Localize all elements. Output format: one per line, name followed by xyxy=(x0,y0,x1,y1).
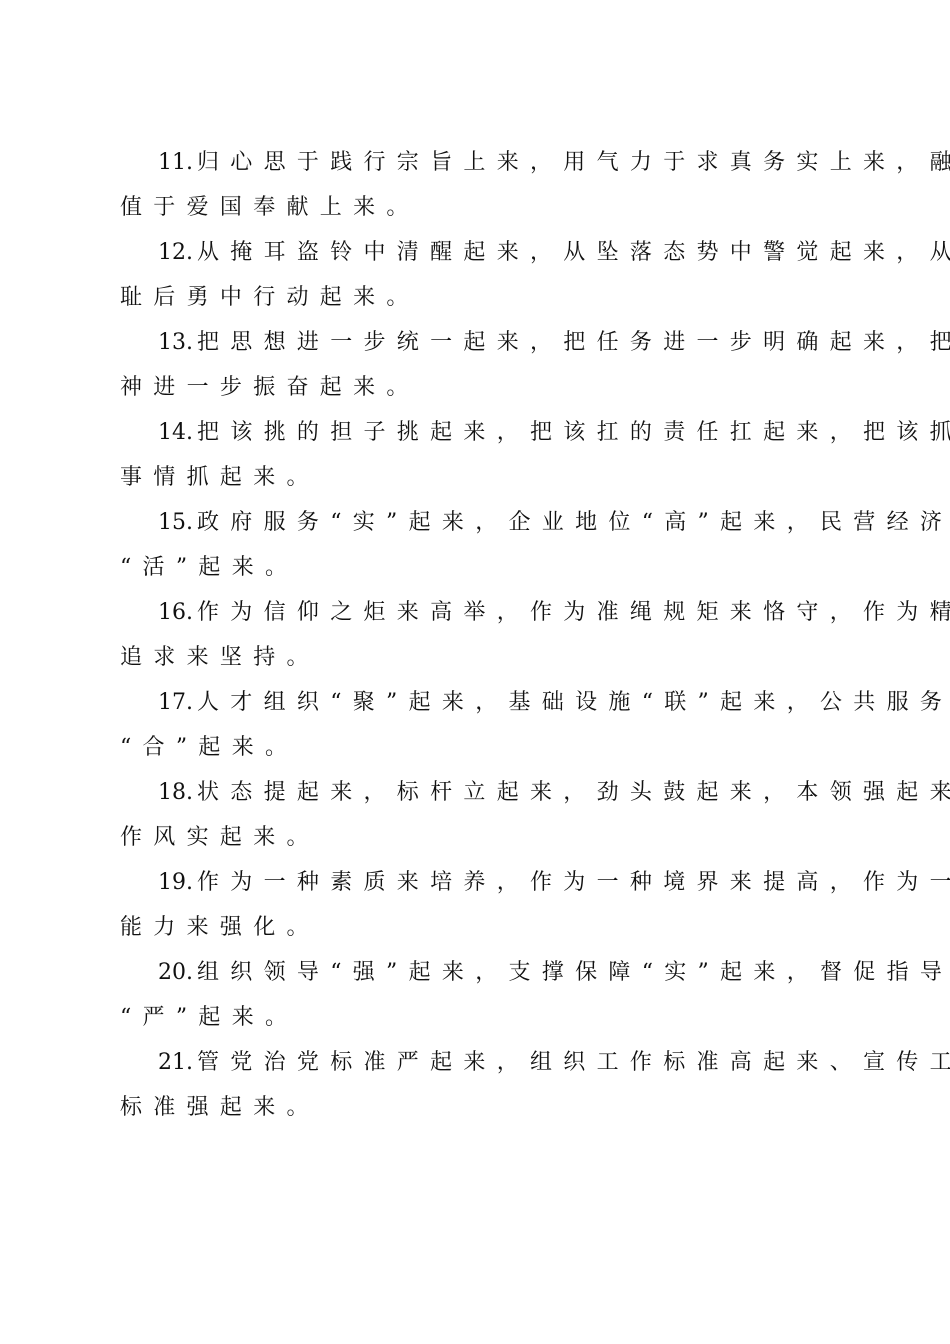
paragraph-17: 17.人才组织“聚”起来，基础设施“联”起来，公共服务 “合”起来。 xyxy=(120,685,825,775)
paragraph-16: 16.作为信仰之炬来高举，作为准绳规矩来恪守，作为精神 追求来坚持。 xyxy=(120,595,825,685)
paragraph-line: 能力来强化。 xyxy=(120,910,825,955)
paragraph-line: 神进一步振奋起来。 xyxy=(120,370,825,415)
line-text: 作为信仰之炬来高举，作为准绳规矩来恪守，作为精神 xyxy=(197,600,950,625)
item-number: 12. xyxy=(158,240,193,265)
paragraph-13: 13.把思想进一步统一起来，把任务进一步明确起来，把精 神进一步振奋起来。 xyxy=(120,325,825,415)
line-text: 政府服务“实”起来，企业地位“高”起来，民营经济 xyxy=(197,510,950,535)
item-number: 16. xyxy=(158,600,193,625)
paragraph-line: 追求来坚持。 xyxy=(120,640,825,685)
paragraph-line: 21.管党治党标准严起来，组织工作标准高起来、宣传工作 xyxy=(120,1045,825,1090)
line-text: 状态提起来，标杆立起来，劲头鼓起来，本领强起来， xyxy=(197,780,950,805)
paragraph-line: 12.从掩耳盗铃中清醒起来，从坠落态势中警觉起来，从知 xyxy=(120,235,825,280)
paragraph-20: 20.组织领导“强”起来，支撑保障“实”起来，督促指导 “严”起来。 xyxy=(120,955,825,1045)
item-number: 13. xyxy=(158,330,193,355)
paragraph-line: 值于爱国奉献上来。 xyxy=(120,190,825,235)
item-number: 19. xyxy=(158,870,193,895)
paragraph-line: 19.作为一种素质来培养，作为一种境界来提高，作为一种 xyxy=(120,865,825,910)
paragraph-line: 15.政府服务“实”起来，企业地位“高”起来，民营经济 xyxy=(120,505,825,550)
paragraph-18: 18.状态提起来，标杆立起来，劲头鼓起来，本领强起来， 作风实起来。 xyxy=(120,775,825,865)
item-number: 15. xyxy=(158,510,193,535)
line-text: 把思想进一步统一起来，把任务进一步明确起来，把精 xyxy=(197,330,950,355)
item-number: 14. xyxy=(158,420,193,445)
paragraph-line: “合”起来。 xyxy=(120,730,825,775)
paragraph-15: 15.政府服务“实”起来，企业地位“高”起来，民营经济 “活”起来。 xyxy=(120,505,825,595)
line-text: 把该挑的担子挑起来，把该扛的责任扛起来，把该抓的 xyxy=(197,420,950,445)
item-number: 18. xyxy=(158,780,193,805)
paragraph-line: 作风实起来。 xyxy=(120,820,825,865)
paragraph-line: 20.组织领导“强”起来，支撑保障“实”起来，督促指导 xyxy=(120,955,825,1000)
item-number: 17. xyxy=(158,690,193,715)
document-body: 11.归心思于践行宗旨上来，用气力于求真务实上来，融价 值于爱国奉献上来。 12… xyxy=(120,145,825,1135)
line-text: 组织领导“强”起来，支撑保障“实”起来，督促指导 xyxy=(197,960,950,985)
paragraph-14: 14.把该挑的担子挑起来，把该扛的责任扛起来，把该抓的 事情抓起来。 xyxy=(120,415,825,505)
paragraph-line: “严”起来。 xyxy=(120,1000,825,1045)
line-text: 人才组织“聚”起来，基础设施“联”起来，公共服务 xyxy=(197,690,950,715)
paragraph-line: 事情抓起来。 xyxy=(120,460,825,505)
line-text: 作为一种素质来培养，作为一种境界来提高，作为一种 xyxy=(197,870,950,895)
paragraph-line: 17.人才组织“聚”起来，基础设施“联”起来，公共服务 xyxy=(120,685,825,730)
paragraph-19: 19.作为一种素质来培养，作为一种境界来提高，作为一种 能力来强化。 xyxy=(120,865,825,955)
document-page: 11.归心思于践行宗旨上来，用气力于求真务实上来，融价 值于爱国奉献上来。 12… xyxy=(0,0,950,1344)
line-text: 归心思于践行宗旨上来，用气力于求真务实上来，融价 xyxy=(197,150,950,175)
paragraph-line: 14.把该挑的担子挑起来，把该扛的责任扛起来，把该抓的 xyxy=(120,415,825,460)
paragraph-line: 16.作为信仰之炬来高举，作为准绳规矩来恪守，作为精神 xyxy=(120,595,825,640)
item-number: 11. xyxy=(158,150,193,175)
paragraph-11: 11.归心思于践行宗旨上来，用气力于求真务实上来，融价 值于爱国奉献上来。 xyxy=(120,145,825,235)
item-number: 21. xyxy=(158,1050,193,1075)
paragraph-line: 18.状态提起来，标杆立起来，劲头鼓起来，本领强起来， xyxy=(120,775,825,820)
line-text: 从掩耳盗铃中清醒起来，从坠落态势中警觉起来，从知 xyxy=(197,240,950,265)
paragraph-line: 13.把思想进一步统一起来，把任务进一步明确起来，把精 xyxy=(120,325,825,370)
paragraph-line: 标准强起来。 xyxy=(120,1090,825,1135)
paragraph-line: 耻后勇中行动起来。 xyxy=(120,280,825,325)
paragraph-line: “活”起来。 xyxy=(120,550,825,595)
paragraph-line: 11.归心思于践行宗旨上来，用气力于求真务实上来，融价 xyxy=(120,145,825,190)
line-text: 管党治党标准严起来，组织工作标准高起来、宣传工作 xyxy=(197,1050,950,1075)
paragraph-12: 12.从掩耳盗铃中清醒起来，从坠落态势中警觉起来，从知 耻后勇中行动起来。 xyxy=(120,235,825,325)
item-number: 20. xyxy=(158,960,193,985)
paragraph-21: 21.管党治党标准严起来，组织工作标准高起来、宣传工作 标准强起来。 xyxy=(120,1045,825,1135)
